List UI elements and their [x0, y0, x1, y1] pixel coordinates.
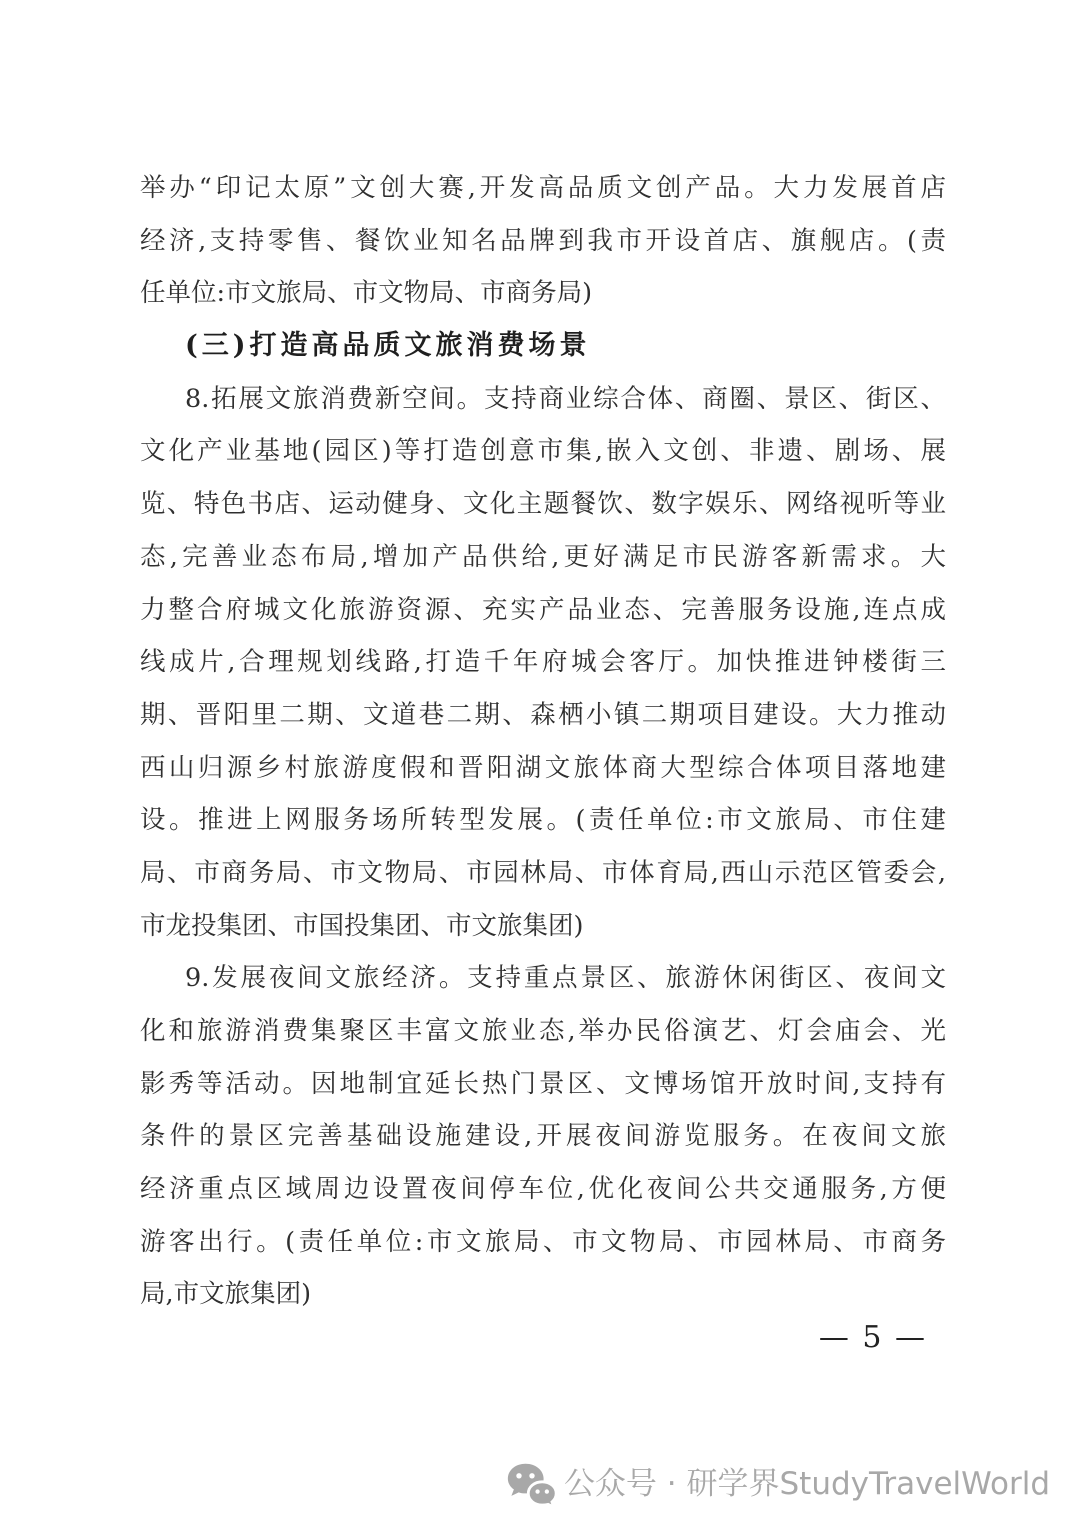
document-line: 期、晋阳里二期、文道巷二期、森栖小镇二期项目建设。大力推动	[140, 689, 946, 742]
document-line: 市龙投集团、市国投集团、市文旅集团)	[140, 900, 946, 953]
document-line: (三)打造高品质文旅消费场景	[140, 320, 946, 373]
document-line: 力整合府城文化旅游资源、充实产品业态、完善服务设施,连点成	[140, 584, 946, 637]
document-line: 态,完善业态布局,增加产品供给,更好满足市民游客新需求。大	[140, 531, 946, 584]
document-line-text: 9.发展夜间文旅经济。支持重点景区、旅游休闲街区、夜间文	[185, 963, 946, 993]
document-line: 局,市文旅集团)	[140, 1268, 946, 1321]
document-line-text: 影秀等活动。因地制宜延长热门景区、文博场馆开放时间,支持有	[140, 1069, 946, 1099]
document-line-text: 线成片,合理规划线路,打造千年府城会客厅。加快推进钟楼街三	[140, 647, 946, 677]
document-line: 任单位:市文旅局、市文物局、市商务局)	[140, 267, 946, 320]
document-line: 举办“印记太原”文创大赛,开发高品质文创产品。大力发展首店	[140, 162, 946, 215]
document-line-text: 游客出行。(责任单位:市文旅局、市文物局、市园林局、市商务	[140, 1227, 946, 1257]
document-line-text: 化和旅游消费集聚区丰富文旅业态,举办民俗演艺、灯会庙会、光	[140, 1016, 946, 1046]
document-line: 9.发展夜间文旅经济。支持重点景区、旅游休闲街区、夜间文	[140, 952, 946, 1005]
document-line: 经济,支持零售、餐饮业知名品牌到我市开设首店、旗舰店。(责	[140, 215, 946, 268]
document-page: 举办“印记太原”文创大赛,开发高品质文创产品。大力发展首店 经济,支持零售、餐饮…	[0, 0, 1080, 1529]
document-line-text: 西山归源乡村旅游度假和晋阳湖文旅体商大型综合体项目落地建	[140, 753, 946, 783]
document-line: 影秀等活动。因地制宜延长热门景区、文博场馆开放时间,支持有	[140, 1058, 946, 1111]
document-line: 设。推进上网服务场所转型发展。(责任单位:市文旅局、市住建	[140, 794, 946, 847]
document-line-text: 态,完善业态布局,增加产品供给,更好满足市民游客新需求。大	[140, 542, 946, 572]
document-line-text: 设。推进上网服务场所转型发展。(责任单位:市文旅局、市住建	[140, 805, 946, 835]
document-line-text: 期、晋阳里二期、文道巷二期、森栖小镇二期项目建设。大力推动	[140, 700, 946, 730]
document-line: 文化产业基地(园区)等打造创意市集,嵌入文创、非遗、剧场、展	[140, 425, 946, 478]
footer-label: 公众号 · 研学界StudyTravelWorld	[564, 1460, 1050, 1508]
document-line: 览、特色书店、运动健身、文化主题餐饮、数字娱乐、网络视听等业	[140, 478, 946, 531]
footer-watermark: 公众号 · 研学界StudyTravelWorld	[506, 1460, 1050, 1510]
document-line: 8.拓展文旅消费新空间。支持商业综合体、商圈、景区、街区、	[140, 373, 946, 426]
document-line-text: 市龙投集团、市国投集团、市文旅集团)	[140, 911, 583, 941]
document-line: 线成片,合理规划线路,打造千年府城会客厅。加快推进钟楼街三	[140, 636, 946, 689]
document-line: 游客出行。(责任单位:市文旅局、市文物局、市园林局、市商务	[140, 1216, 946, 1269]
document-line-text: 力整合府城文化旅游资源、充实产品业态、完善服务设施,连点成	[140, 595, 946, 625]
document-line-text: 文化产业基地(园区)等打造创意市集,嵌入文创、非遗、剧场、展	[140, 436, 946, 466]
document-line: 化和旅游消费集聚区丰富文旅业态,举办民俗演艺、灯会庙会、光	[140, 1005, 946, 1058]
document-body-text: 举办“印记太原”文创大赛,开发高品质文创产品。大力发展首店 经济,支持零售、餐饮…	[140, 162, 946, 1321]
document-line-text: 条件的景区完善基础设施建设,开展夜间游览服务。在夜间文旅	[140, 1121, 946, 1151]
document-line: 经济重点区域周边设置夜间停车位,优化夜间公共交通服务,方便	[140, 1163, 946, 1216]
document-line-text: (三)打造高品质文旅消费场景	[185, 330, 591, 361]
document-line: 条件的景区完善基础设施建设,开展夜间游览服务。在夜间文旅	[140, 1110, 946, 1163]
document-line-text: 经济重点区域周边设置夜间停车位,优化夜间公共交通服务,方便	[140, 1174, 946, 1204]
wechat-icon	[506, 1462, 558, 1510]
document-line-text: 举办“印记太原”文创大赛,开发高品质文创产品。大力发展首店	[140, 173, 946, 203]
document-line-text: 览、特色书店、运动健身、文化主题餐饮、数字娱乐、网络视听等业	[140, 489, 946, 519]
document-line-text: 8.拓展文旅消费新空间。支持商业综合体、商圈、景区、街区、	[185, 384, 946, 414]
document-line-text: 任单位:市文旅局、市文物局、市商务局)	[140, 278, 592, 308]
page-number: — 5 —	[819, 1320, 927, 1356]
document-line: 西山归源乡村旅游度假和晋阳湖文旅体商大型综合体项目落地建	[140, 742, 946, 795]
document-line-text: 经济,支持零售、餐饮业知名品牌到我市开设首店、旗舰店。(责	[140, 226, 946, 256]
document-line-text: 局,市文旅集团)	[140, 1279, 311, 1309]
document-line: 局、市商务局、市文物局、市园林局、市体育局,西山示范区管委会,	[140, 847, 946, 900]
document-line-text: 局、市商务局、市文物局、市园林局、市体育局,西山示范区管委会,	[140, 858, 946, 888]
